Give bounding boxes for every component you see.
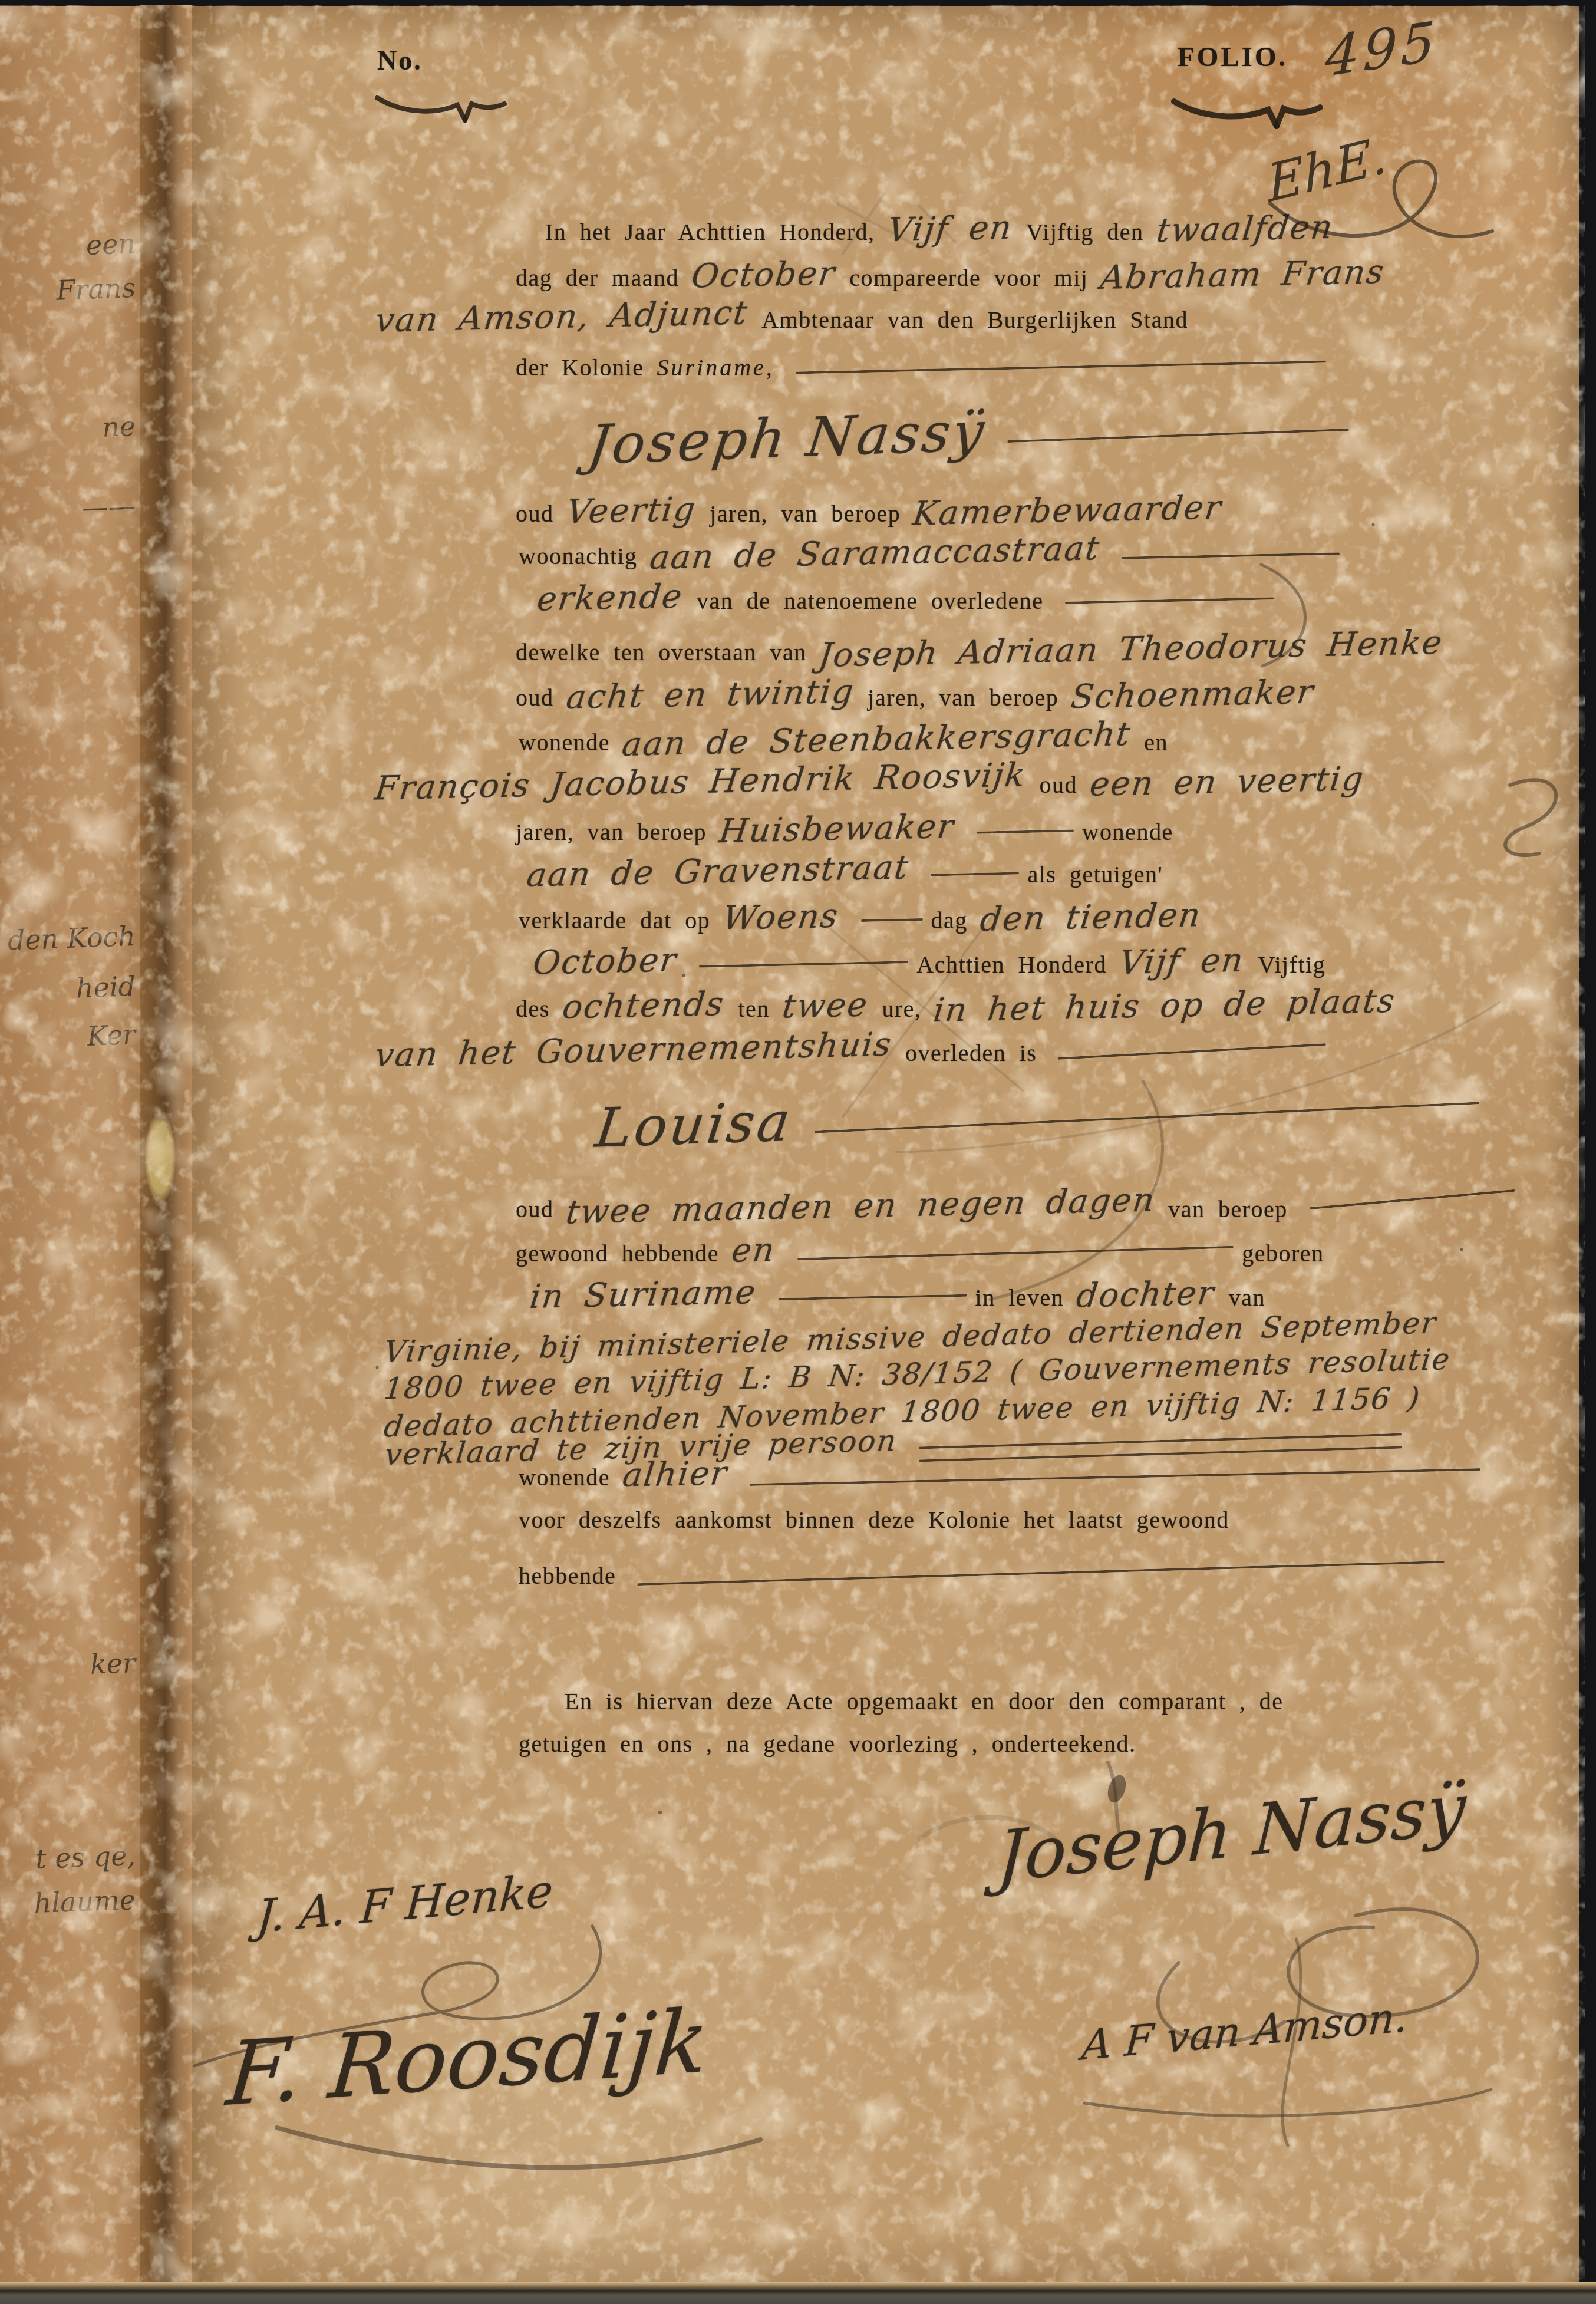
handwritten-text: van Amson, Adjunct (373, 294, 750, 339)
act-line-l29: hebbende (519, 1562, 1453, 1590)
clerk-initials: EhE. (1266, 125, 1389, 215)
handwritten-text: October (531, 941, 680, 982)
handwritten-text: Schoenmaker (1069, 673, 1317, 717)
handwritten-text: Huisbewaker (717, 807, 957, 851)
act-line-l12: François Jacobus Hendrik Roosvijkoudeen … (376, 763, 1378, 801)
act-line-l21: gewoond hebbendeengeboren (516, 1231, 1337, 1270)
handwritten-text: Vijf en (1117, 941, 1247, 982)
printed-text: van de natenoemene overledene (697, 588, 1043, 614)
act-line-l20: oudtwee maanden en negen dagenvan beroep (516, 1187, 1524, 1225)
printed-text: jaren, van beroep (516, 819, 707, 845)
handwritten-text: ochtends (560, 985, 727, 1027)
act-line-l2: dag der maandOctobercompareerde voor mij… (516, 256, 1399, 294)
no-label: No. (377, 45, 423, 76)
blank-line-dash (1007, 429, 1349, 443)
act-line-l5: Joseph Nassÿ (589, 407, 1357, 470)
handwritten-text: acht en twintig (564, 673, 856, 717)
act-line-l14: aan de Gravenstraatals getuigen' (527, 852, 1176, 891)
printed-text: jaren, van beroep (710, 500, 901, 527)
handwritten-text: Joseph Nassÿ (585, 400, 990, 476)
handwritten-text: den tienden (978, 896, 1203, 939)
printed-text: hebbende (519, 1563, 616, 1589)
printed-text: voor deszelfs aankomst binnen deze Kolon… (519, 1507, 1229, 1533)
printed-text: overleden is (905, 1040, 1037, 1066)
sig-roosdijk: F. Roosdijk (223, 1990, 712, 2125)
handwritten-text: Abraham Frans (1099, 253, 1387, 297)
blank-line-dash (815, 1102, 1480, 1133)
printed-text: jaren, van beroep (868, 684, 1058, 711)
act-line-l17: desochtendstentweeure,in het huis op de … (516, 987, 1409, 1025)
handwritten-text: en (730, 1231, 777, 1270)
printed-text: compareerde voor mij (849, 265, 1088, 291)
printed-text: dag der maand (516, 265, 679, 291)
handwritten-text: erkende (535, 577, 685, 618)
handwritten-text: twee maanden en negen dagen (563, 1181, 1157, 1232)
act-line-l1: In het Jaar Achttien Honderd,Vijf enVijf… (545, 210, 1347, 248)
act-line-l31: getuigen en ons , na gedane voorlezing ,… (519, 1730, 1149, 1758)
handwritten-text: Joseph Adriaan Theodorus Henke (816, 624, 1445, 675)
printed-text: van (1229, 1284, 1265, 1311)
printed-text: der Kolonie (516, 354, 644, 381)
handwritten-text: Kamerbewaarder (911, 489, 1225, 533)
handwritten-text: aan de Steenbakkersgracht (620, 715, 1133, 764)
act-line-l15: verklaarde dat opWoensdagden tienden (519, 898, 1215, 937)
handwritten-text: François Jacobus Hendrik Roosvijk (373, 756, 1028, 807)
blank-line-dash (1309, 1189, 1515, 1209)
scanned-death-record: eenFransne——den KochheidKerkert es qe,hl… (0, 0, 1596, 2304)
act-line-l6: oudVeertigjaren, van beroepKamerbewaarde… (516, 492, 1236, 530)
printed-text: ten (738, 996, 769, 1022)
printed-text: Vijftig den (1026, 219, 1144, 245)
act-line-l25: dedato achttienden November 1800 twee en… (386, 1395, 1433, 1429)
printed-text: oud (516, 500, 554, 527)
handwritten-text: alhier (621, 1454, 730, 1495)
blank-line-dash (1058, 1043, 1327, 1060)
sig-henke: J. A. F Henke (255, 1864, 555, 1943)
blank-line-dash (1064, 597, 1274, 604)
handwritten-text: aan de Gravenstraat (525, 848, 911, 895)
printed-text: van beroep (1168, 1196, 1288, 1222)
handwritten-text: in het huis op de plaats (932, 982, 1399, 1030)
printed-text: des (516, 996, 550, 1022)
blank-line-dash (699, 961, 908, 967)
printed-text: wonende (519, 729, 610, 756)
act-line-l22: in Surinamein levendochtervan (530, 1275, 1278, 1314)
printed-text: verklaarde dat op (519, 907, 710, 934)
handwritten-text: Veertig (564, 490, 698, 532)
printed-text: als getuigen' (1027, 861, 1163, 888)
sig-amson: A F van Amson. (1080, 1992, 1409, 2069)
printed-text: en (1144, 729, 1168, 756)
blank-line-dash (861, 918, 923, 922)
act-line-l28: voor deszelfs aankomst binnen deze Kolon… (519, 1506, 1242, 1534)
act-line-l7: woonachtigaan de Saramaccastraat (519, 534, 1348, 572)
act-line-l8: erkendevan de natenoemene overledene (538, 579, 1282, 617)
printed-text: wonende (519, 1464, 610, 1491)
printed-text: gewoond hebbende (516, 1240, 719, 1267)
printed-text: oud (516, 1196, 554, 1222)
printed-text: Suriname, (657, 354, 774, 381)
handwritten-text: aan de Saramaccastraat (648, 529, 1102, 577)
act-line-l3: van Amson, AdjunctAmbtenaar van den Burg… (376, 298, 1201, 336)
printed-text: oud (1039, 772, 1077, 798)
act-line-l18: van het Gouvernementshuisoverleden is (376, 1031, 1334, 1069)
blank-line-dash (779, 1294, 967, 1301)
printed-text: ure, (882, 996, 921, 1022)
sig-nassy: Joseph Nassÿ (995, 1766, 1468, 1898)
printed-text: In het Jaar Achttien Honderd, (545, 219, 875, 245)
printed-text: in leven (975, 1284, 1064, 1311)
blank-line-dash (1122, 552, 1340, 559)
printed-text: dewelke ten overstaan van (516, 639, 807, 665)
act-line-l13: jaren, van beroepHuisbewakerwonende (516, 810, 1186, 848)
printed-text: getuigen en ons , na gedane voorlezing ,… (519, 1731, 1136, 1757)
act-line-l9: dewelke ten overstaan vanJoseph Adriaan … (516, 630, 1456, 668)
handwritten-text: een en veertig (1087, 760, 1366, 804)
page-content: No. FOLIO. 495 EhE. In het Jaar Achttien… (0, 0, 1596, 2304)
printed-text: dag (931, 907, 968, 934)
handwritten-text: dochter (1074, 1274, 1217, 1316)
page-bottom-edge (0, 2282, 1596, 2304)
act-line-l27: wonendealhier (519, 1455, 1489, 1494)
act-line-l4: der KolonieSuriname, (516, 354, 1334, 381)
printed-text: Vijftig (1258, 951, 1325, 978)
handwritten-text: twaalfden (1154, 208, 1335, 250)
handwritten-text: Woens (721, 897, 841, 938)
printed-text: Achttien Honderd (916, 951, 1107, 978)
act-line-l10: oudacht en twintigjaren, van beroepSchoe… (516, 675, 1328, 714)
folio-label: FOLIO. (1178, 41, 1288, 73)
folio-number: 495 (1324, 9, 1440, 90)
blank-line-dash (750, 1468, 1480, 1486)
blank-line-dash (796, 361, 1326, 374)
blank-line-dash (797, 1246, 1234, 1261)
printed-text: oud (516, 684, 554, 711)
act-line-l30: En is hiervan deze Acte opgemaakt en doo… (565, 1687, 1297, 1715)
printed-text: woonachtig (519, 543, 638, 569)
handwritten-text: van het Gouvernementshuis (373, 1026, 894, 1074)
printed-text: geboren (1242, 1240, 1324, 1267)
handwritten-text: Vijf en (885, 209, 1014, 249)
blank-line-dash (637, 1561, 1445, 1586)
act-line-l16: OctoberAchttien HonderdVijf enVijftig (533, 942, 1338, 981)
handwritten-text: twee (780, 985, 870, 1026)
act-line-l11: wonendeaan de Steenbakkersgrachten (519, 720, 1181, 759)
act-line-l19: Louisa (596, 1093, 1488, 1156)
blank-line-dash (977, 829, 1074, 833)
printed-text: wonende (1082, 819, 1173, 845)
handwritten-text: October (690, 254, 838, 295)
printed-text: Ambtenaar van den Burgerlijken Stand (761, 306, 1188, 333)
handwritten-text: in Suriname (528, 1273, 759, 1316)
handwritten-text: Louisa (592, 1090, 796, 1159)
blank-line-dash (931, 872, 1019, 876)
printed-text: En is hiervan deze Acte opgemaakt en doo… (565, 1688, 1284, 1715)
